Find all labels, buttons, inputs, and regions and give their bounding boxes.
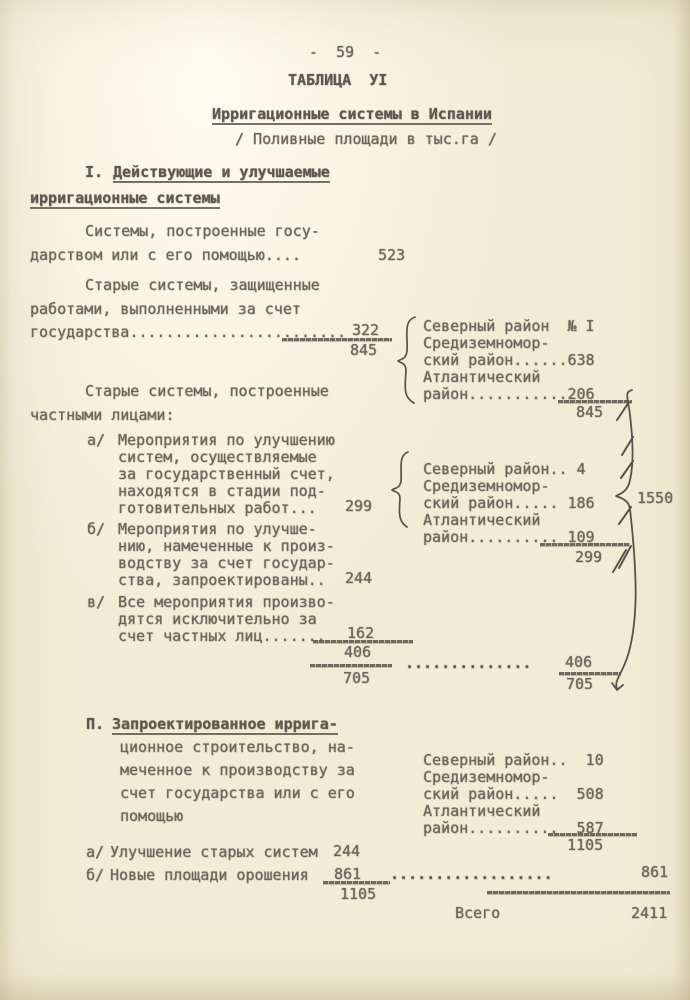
item-v-value: 162 (347, 625, 374, 641)
table-label: ТАБЛИЦА УІ (288, 72, 387, 88)
district2-total: 299 (575, 549, 602, 565)
item-v-line2: дятся исключительно за (118, 611, 317, 627)
section1-heading-line1: Действующие и улучшаемые (113, 164, 330, 183)
district2-row2: Средиземномор- (423, 478, 549, 494)
section1-right-total: 705 (566, 676, 593, 692)
rule-under-861-right (487, 891, 670, 894)
page-number: - 59 - (0, 44, 690, 60)
item-v-line1: Все мероприятия произво- (118, 594, 335, 610)
section2-heading-line3: меченное к производству за (120, 762, 355, 778)
arrow-head (612, 683, 623, 690)
para-state-line1: Системы, построенные госу- (85, 223, 320, 239)
annotation-1550: 1550 (637, 490, 673, 506)
left-brace-district2 (392, 452, 408, 527)
check-slash-marks (613, 402, 633, 572)
item-b-line4: ства, запроектированы.. (118, 572, 326, 588)
scanned-page: - 59 - ТАБЛИЦА УІ Ирригационные системы … (0, 0, 690, 1000)
district1-row4: Атлантический (423, 369, 540, 385)
rule-total-left (310, 664, 392, 667)
district3-row4: Атлантический (423, 803, 540, 819)
section1-heading-line2: ирригационные системы (30, 190, 220, 209)
section2-item-a-text: Улучшение старых систем (110, 844, 318, 860)
district1-row2: Средиземномор- (423, 335, 549, 351)
item-b-line2: нию, намеченные к произ- (118, 538, 335, 554)
item-b-label: б/ (87, 521, 105, 537)
big-brace-1550 (616, 390, 636, 689)
para-old-state-line2: работами, выполненными за счет (30, 301, 301, 317)
item-a-line1: Мероприятия по улучшению (118, 432, 335, 448)
district1-row1: Северный район № I (423, 318, 595, 334)
item-v-line3: счет частных лиц....... (118, 628, 326, 644)
para-state-value: 523 (378, 247, 405, 263)
section2-item-b-text: Новые площади орошения (110, 867, 309, 883)
item-b-line1: Мероприятия по улучше- (118, 521, 317, 537)
section2-item-b-label: б/ (86, 867, 104, 883)
rule-district2 (540, 543, 630, 546)
grand-total-label: Всего (455, 905, 500, 921)
leader-dots-mid: .............. (405, 655, 531, 671)
section2-item-a-label: а/ (86, 844, 104, 860)
section2-item-b-right-value: 861 (641, 864, 668, 880)
doc-subtitle: / Поливные площади в тыс.га / (235, 131, 497, 147)
district2-row3: ский район..... 186 (423, 495, 595, 511)
section2-heading-line4: счет государства или с его (120, 785, 355, 801)
section2-item-a-value: 244 (333, 843, 360, 859)
para-old-state-value: 322 (352, 322, 379, 338)
para-old-state-line1: Старые системы, защищенные (85, 277, 320, 293)
district3-row3: ский район..... 508 (423, 786, 604, 802)
section2-item-b-subtotal: 1105 (340, 886, 376, 902)
section2-heading-line5: помощью (120, 808, 183, 824)
item-a-line4: находятся в стадии под- (118, 483, 326, 499)
para-state-line2: дарством или с его помощью.... (30, 247, 301, 263)
district3-row1: Северный район.. 10 (423, 752, 604, 768)
district2-row1: Северный район.. 4 (423, 461, 586, 477)
district3-total: 1105 (567, 837, 603, 853)
item-a-value: 299 (345, 498, 372, 514)
item-a-line3: за государственный счет, (118, 466, 335, 482)
rule-under-861-left (323, 881, 390, 884)
district2-row4: Атлантический (423, 512, 540, 528)
para-old-state-subtotal: 845 (350, 342, 377, 358)
section2-heading-line1: Запроектированное иррига- (112, 716, 338, 735)
section2-heading-line2: ционное строительство, на- (120, 739, 355, 755)
section1-subtotal: 406 (344, 644, 371, 660)
section1-number: I. (85, 164, 103, 180)
district3-row2: Средиземномор- (423, 769, 549, 785)
section1-right-subtotal: 406 (565, 654, 592, 670)
item-b-value: 244 (345, 570, 372, 586)
item-a-line2: систем, осуществляемые (118, 449, 317, 465)
district1-total: 845 (576, 404, 603, 420)
section2-item-b-value: 861 (334, 866, 361, 882)
para-private-line1: Старые системы, построенные (85, 383, 329, 399)
item-v-label: в/ (87, 594, 105, 610)
leader-dots-bottom: .................. (390, 866, 553, 882)
item-a-line5: готовительных работ... (118, 500, 317, 516)
left-brace-district1 (398, 317, 415, 403)
item-a-label: а/ (87, 432, 105, 448)
doc-title: Ирригационные системы в Испании (212, 106, 492, 125)
district1-row3: ский район......638 (423, 352, 595, 368)
section2-number: П. (86, 716, 104, 732)
item-b-line3: водству за счет государ- (118, 555, 335, 571)
grand-total-value: 2411 (631, 905, 667, 921)
section1-total: 705 (343, 670, 370, 686)
para-private-line2: частными лицами: (30, 407, 175, 423)
